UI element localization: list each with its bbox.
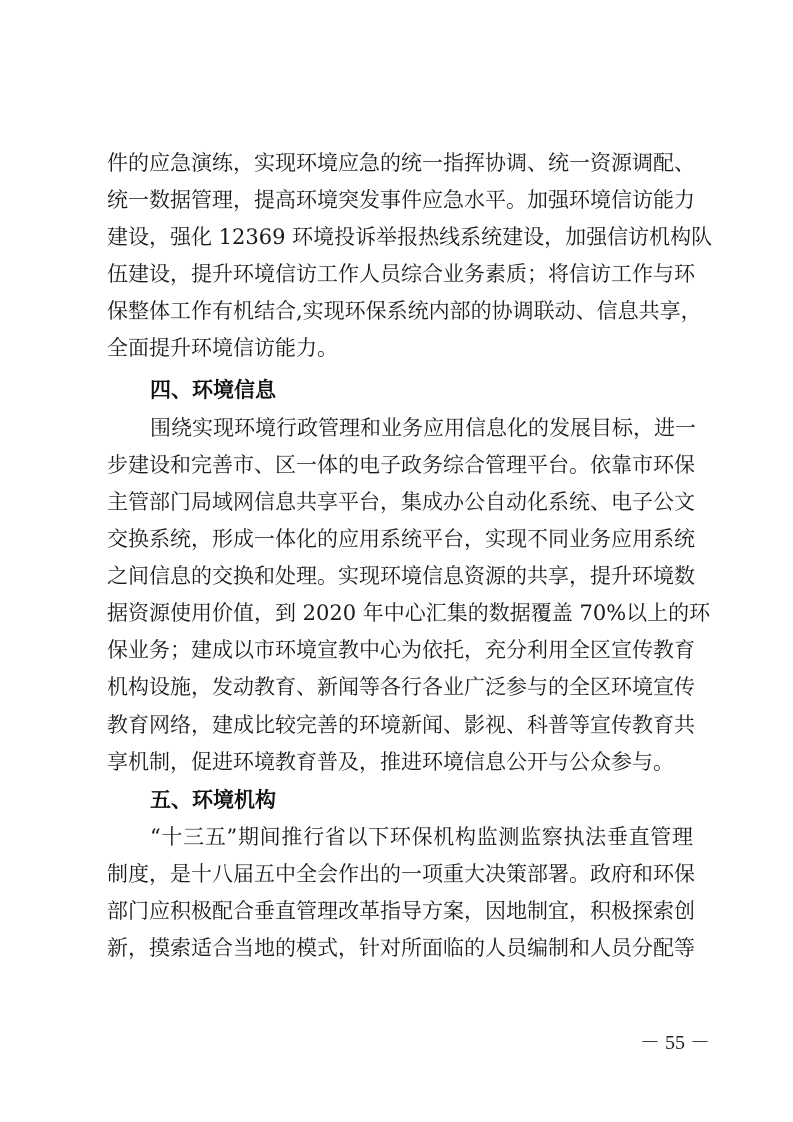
text-line: 主管部门局域网信息共享平台，集成办公自动化系统、电子公文: [107, 487, 693, 517]
section-heading-environment-information: 四、环境信息: [150, 375, 276, 405]
text-line: “十三五”期间推行省以下环保机构监测监察执法垂直管理: [150, 822, 693, 852]
text-line: 保整体工作有机结合,实现环保系统内部的协调联动、信息共享，: [107, 296, 693, 326]
document-page: 件的应急演练，实现环境应急的统一指挥协调、统一资源调配、统一数据管理，提高环境突…: [0, 0, 793, 1122]
text-line: 建设，强化 12369 环境投诉举报热线系统建设，加强信访机构队: [107, 222, 693, 252]
text-line: 之间信息的交换和处理。实现环境信息资源的共享，提升环境数: [107, 561, 693, 591]
text-line: 新，摸索适合当地的模式，针对所面临的人员编制和人员分配等: [107, 933, 693, 963]
text-line: 交换系统，形成一体化的应用系统平台，实现不同业务应用系统: [107, 524, 693, 554]
text-line: 制度，是十八届五中全会作出的一项重大决策部署。政府和环保: [107, 859, 693, 889]
text-line: 伍建设，提升环境信访工作人员综合业务素质；将信访工作与环: [107, 259, 693, 289]
text-line: 教育网络，建成比较完善的环境新闻、影视、科普等宣传教育共: [107, 710, 693, 740]
text-line: 步建设和完善市、区一体的电子政务综合管理平台。依靠市环保: [107, 450, 693, 480]
text-line: 据资源使用价值，到 2020 年中心汇集的数据覆盖 70%以上的环: [107, 598, 693, 628]
text-line: 围绕实现环境行政管理和业务应用信息化的发展目标，进一: [150, 413, 693, 443]
text-line: 统一数据管理，提高环境突发事件应急水平。加强环境信访能力: [107, 185, 693, 215]
text-line: 件的应急演练，实现环境应急的统一指挥协调、统一资源调配、: [107, 148, 693, 178]
section-heading-environment-institutions: 五、环境机构: [150, 785, 276, 815]
page-number: － 55 －: [640, 1026, 710, 1055]
text-line: 机构设施，发动教育、新闻等各行各业广泛参与的全区环境宣传: [107, 672, 693, 702]
text-line: 部门应积极配合垂直管理改革指导方案，因地制宜，积极探索创: [107, 896, 693, 926]
text-line: 享机制，促进环境教育普及，推进环境信息公开与公众参与。: [107, 747, 693, 777]
text-line: 全面提升环境信访能力。: [107, 333, 693, 363]
text-line: 保业务；建成以市环境宣教中心为依托，充分利用全区宣传教育: [107, 635, 693, 665]
